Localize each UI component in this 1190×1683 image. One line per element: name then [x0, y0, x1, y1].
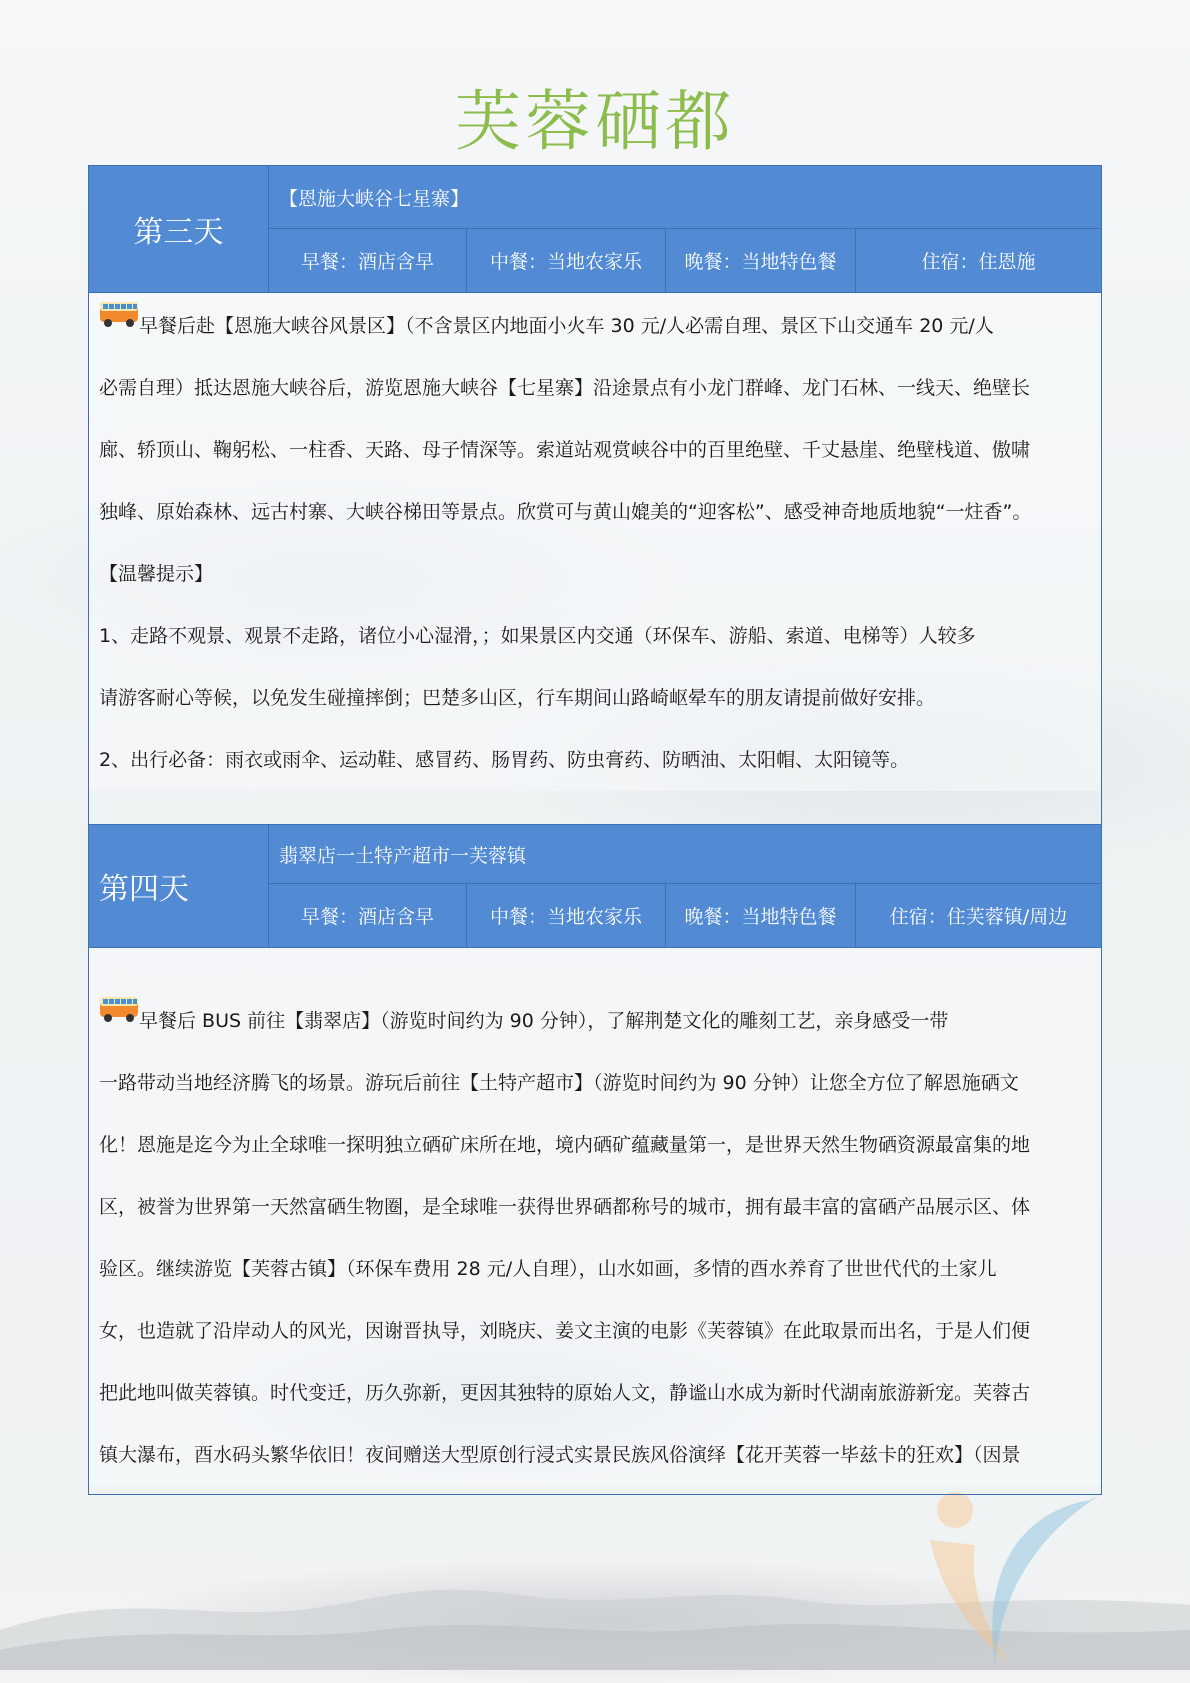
- day-label: 第三天: [89, 166, 269, 292]
- meal-dinner: 晚餐：当地特色餐: [666, 884, 856, 947]
- paragraph: 镇大瀑布，酉水码头繁华依旧！夜间赠送大型原创行浸式实景民族风俗演绎【花开芙蓉一毕…: [99, 1424, 1091, 1486]
- meal-dinner: 晚餐：当地特色餐: [666, 229, 856, 292]
- bus-icon: [99, 995, 139, 1023]
- paragraph: 化！恩施是迄今为止全球唯一探明独立硒矿床所在地，境内硒矿蕴藏量第一，是世界天然生…: [99, 1114, 1091, 1176]
- day-section-4: 第四天 翡翠店一土特产超市一芙蓉镇 早餐：酒店含早 中餐：当地农家乐 晚餐：当地…: [88, 824, 1102, 1495]
- paragraph: 早餐后赴【恩施大峡谷风景区】（不含景区内地面小火车 30 元/人必需自理、景区下…: [99, 295, 1091, 357]
- bus-icon: [99, 300, 139, 328]
- tip-item: 2、出行必备：雨衣或雨伞、运动鞋、感冒药、肠胃药、防虫膏药、防晒油、太阳帽、太阳…: [99, 729, 1091, 791]
- paragraph: 廊、轿顶山、鞠躬松、一柱香、天路、母子情深等。索道站观赏峡谷中的百里绝壁、千丈悬…: [99, 419, 1091, 481]
- paragraph: 验区。继续游览【芙蓉古镇】（环保车费用 28 元/人自理），山水如画，多情的酉水…: [99, 1238, 1091, 1300]
- meal-breakfast: 早餐：酒店含早: [269, 229, 467, 292]
- page-title: 芙蓉硒都: [0, 68, 1190, 163]
- tips-heading: 【温馨提示】: [99, 543, 1091, 605]
- brand-logo-watermark: [900, 1470, 1100, 1670]
- route-title: 【恩施大峡谷七星寨】: [269, 166, 1101, 229]
- tip-item: 请游客耐心等候，以免发生碰撞摔倒；巴楚多山区，行车期间山路崎岖晕车的朋友请提前做…: [99, 667, 1091, 729]
- meal-breakfast: 早餐：酒店含早: [269, 884, 467, 947]
- day-header: 第四天 翡翠店一土特产超市一芙蓉镇 早餐：酒店含早 中餐：当地农家乐 晚餐：当地…: [89, 824, 1101, 948]
- paragraph: 一路带动当地经济腾飞的场景。游玩后前往【土特产超市】（游览时间约为 90 分钟）…: [99, 1052, 1091, 1114]
- paragraph: 区，被誉为世界第一天然富硒生物圈，是全球唯一获得世界硒都称号的城市，拥有最丰富的…: [99, 1176, 1091, 1238]
- day-section-3: 第三天 【恩施大峡谷七星寨】 早餐：酒店含早 中餐：当地农家乐 晚餐：当地特色餐…: [88, 165, 1102, 825]
- day-description: 早餐后赴【恩施大峡谷风景区】（不含景区内地面小火车 30 元/人必需自理、景区下…: [89, 293, 1101, 791]
- paragraph: 女，也造就了沿岸动人的风光，因谢晋执导，刘晓庆、姜文主演的电影《芙蓉镇》在此取景…: [99, 1300, 1091, 1362]
- paragraph: 独峰、原始森林、远古村寨、大峡谷梯田等景点。欣赏可与黄山媲美的“迎客松”、感受神…: [99, 481, 1091, 543]
- day-header: 第三天 【恩施大峡谷七星寨】 早餐：酒店含早 中餐：当地农家乐 晚餐：当地特色餐…: [89, 166, 1101, 293]
- paragraph: 必需自理）抵达恩施大峡谷后，游览恩施大峡谷【七星寨】沿途景点有小龙门群峰、龙门石…: [99, 357, 1091, 419]
- day-description: 早餐后 BUS 前往【翡翠店】（游览时间约为 90 分钟），了解荆楚文化的雕刻工…: [89, 948, 1101, 1486]
- tip-item: 1、走路不观景、观景不走路，诸位小心湿滑，；如果景区内交通（环保车、游船、索道、…: [99, 605, 1091, 667]
- meal-lunch: 中餐：当地农家乐: [467, 229, 666, 292]
- route-title: 翡翠店一土特产超市一芙蓉镇: [269, 825, 1101, 884]
- paragraph: 把此地叫做芙蓉镇。时代变迁，历久弥新，更因其独特的原始人文，静谧山水成为新时代湖…: [99, 1362, 1091, 1424]
- meal-lunch: 中餐：当地农家乐: [467, 884, 666, 947]
- day-label: 第四天: [89, 825, 269, 947]
- meal-lodging: 住宿：住恩施: [856, 229, 1101, 292]
- paragraph: 早餐后 BUS 前往【翡翠店】（游览时间约为 90 分钟），了解荆楚文化的雕刻工…: [99, 990, 1091, 1052]
- meal-lodging: 住宿：住芙蓉镇/周边: [856, 884, 1101, 947]
